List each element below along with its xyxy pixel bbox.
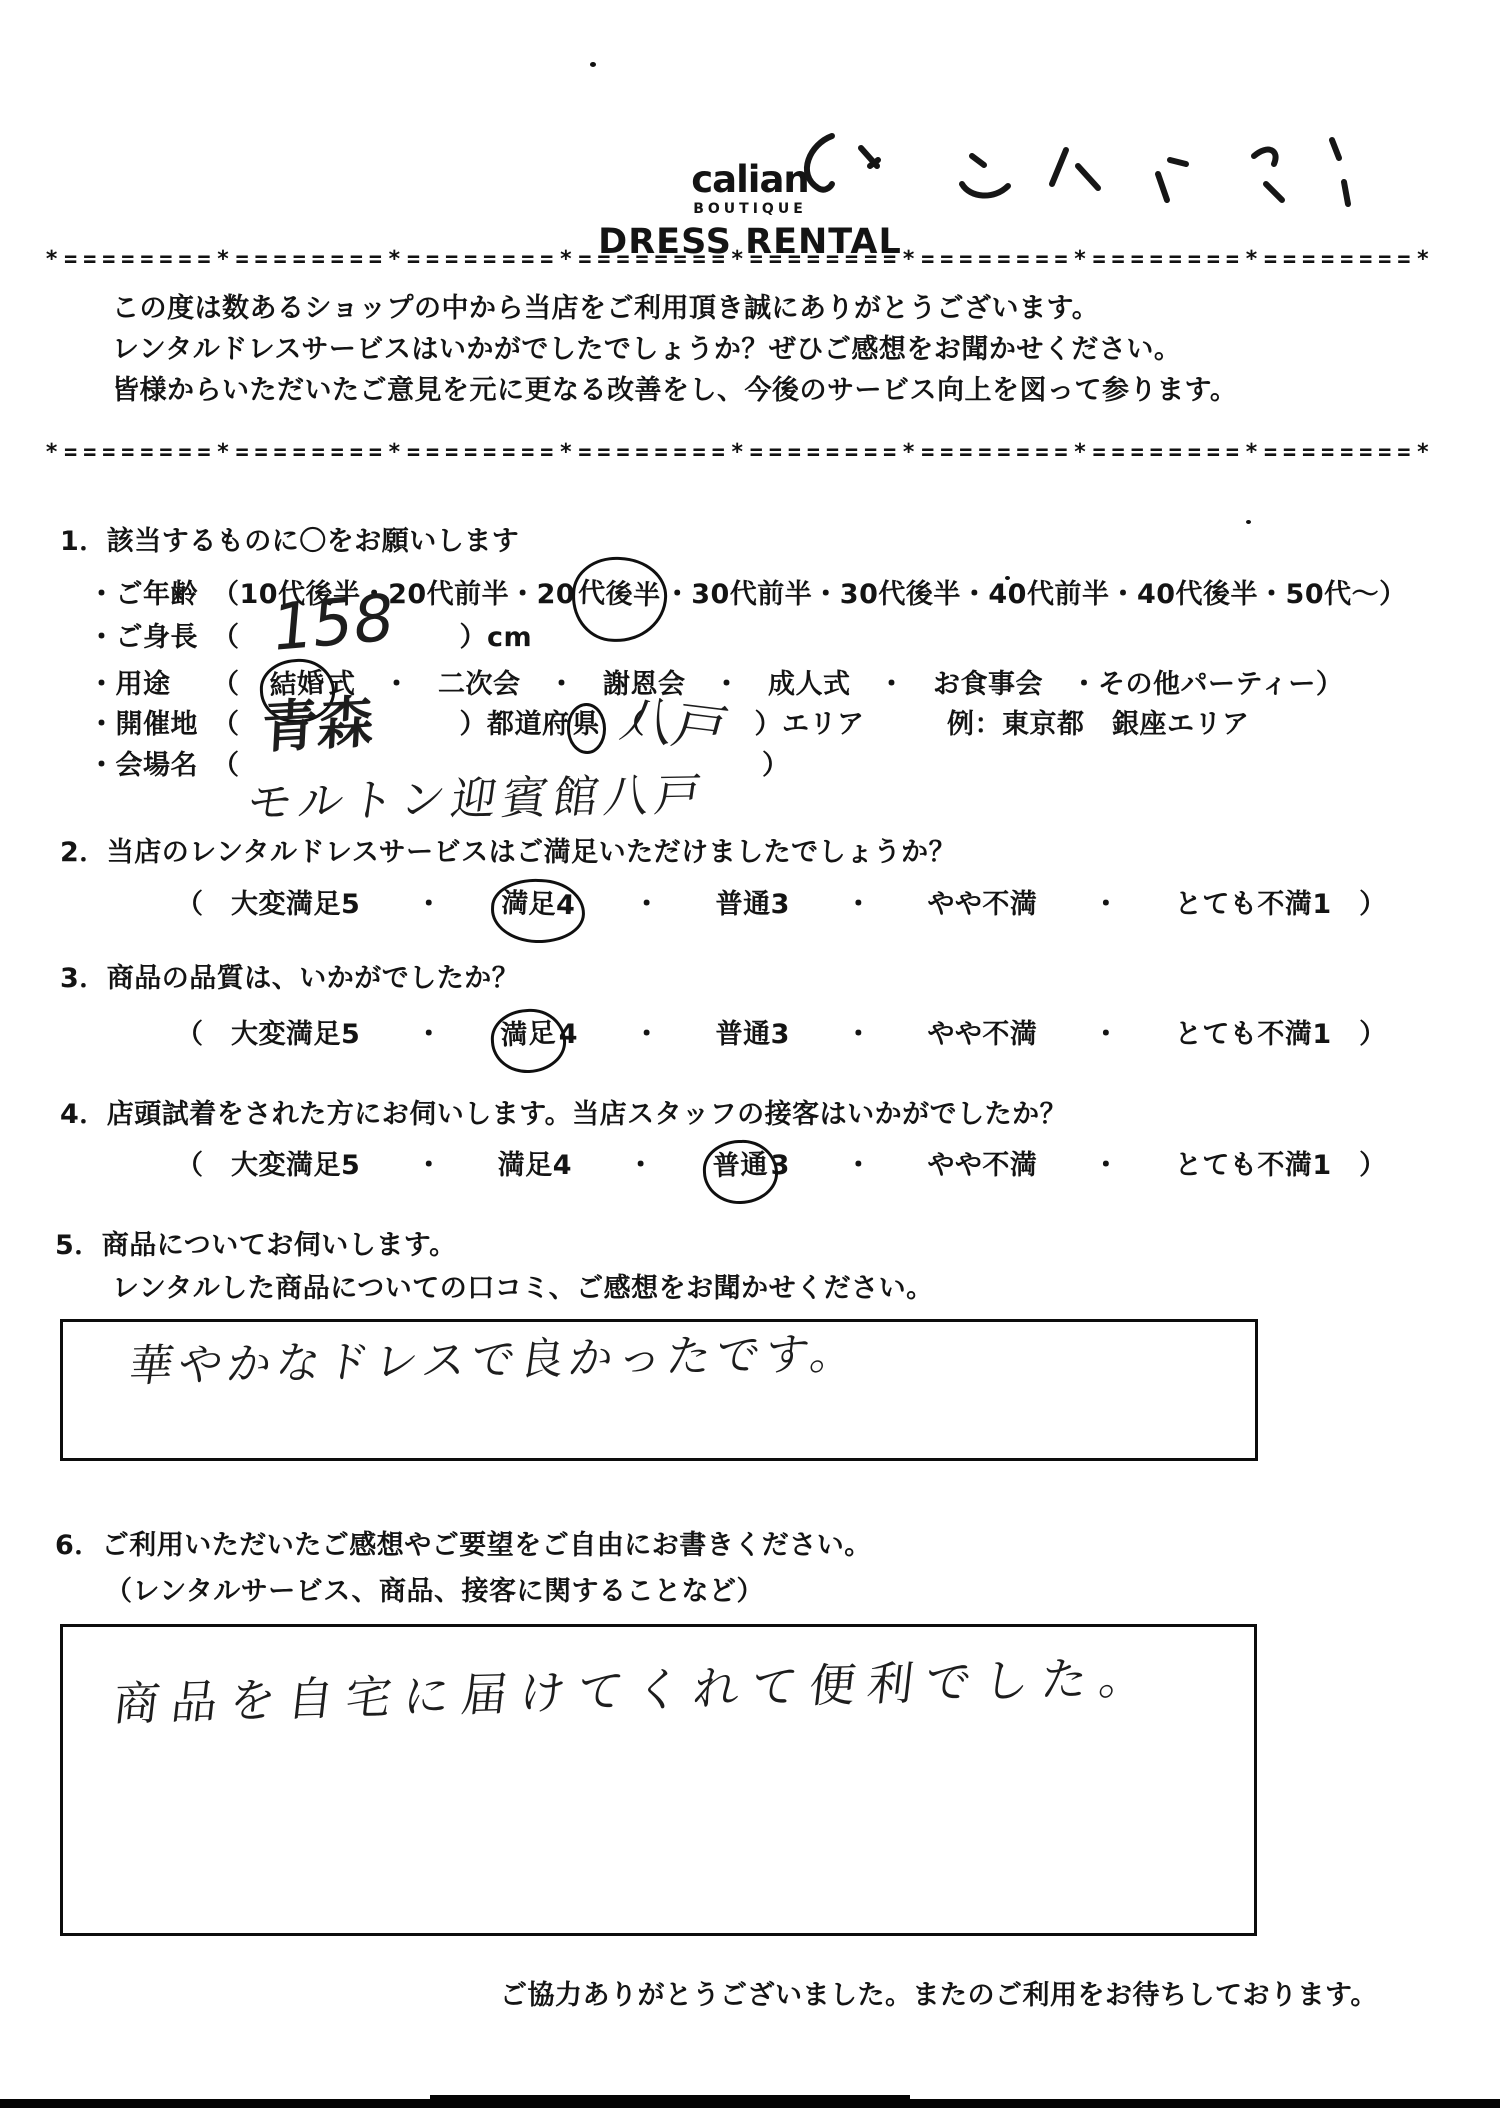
q3-options-row: （ 大変満足5 ・ 満足4 ・ 普通3 ・ やや不満 ・ とても不満1 ）	[176, 1014, 1387, 1056]
q1-height-handwritten-value: 158	[269, 581, 397, 667]
intro-line-1: この度は数あるショップの中から当店をご利用頂き誠にありがとうございます。	[112, 288, 1237, 329]
q1-age-circled-answer: 代後半	[571, 555, 668, 643]
q5-sub-label: レンタルした商品についての口コミ、ご感想をお聞かせください。	[112, 1271, 934, 1307]
q2-heading: 2．当店のレンタルドレスサービスはご満足いただけましたでしょうか？	[60, 835, 956, 871]
q2-circled-answer: 満足4	[490, 877, 586, 944]
q3-options-pre: （ 大変満足5 ・	[176, 1019, 498, 1050]
scan-speck	[1246, 520, 1251, 524]
q1-hall-handwritten-value: モルトン迎賓館八戸	[243, 758, 711, 831]
q2-options-post: ・ 普通3 ・ やや不満 ・ とても不満1 ）	[578, 889, 1387, 920]
intro-paragraph: この度は数あるショップの中から当店をご利用頂き誠にありがとうございます。 レンタ…	[112, 288, 1237, 411]
intro-line-2: レンタルドレスサービスはいかがでしたでしょうか？ぜひご感想をお聞かせください。	[112, 329, 1237, 370]
q3-options-post: 4 ・ 普通3 ・ やや不満 ・ とても不満1 ）	[559, 1019, 1387, 1050]
scan-edge-bar-smudge	[430, 2095, 910, 2100]
q3-heading: 3．商品の品質は、いかがでしたか？	[60, 961, 519, 997]
q4-circled-answer: 普通	[701, 1139, 778, 1206]
scan-speck	[1005, 576, 1010, 580]
handwritten-scribble	[766, 122, 1356, 227]
divider-line-bottom: *========*========*========*========*===…	[45, 440, 1445, 465]
q3-circled-answer: 満足	[489, 1007, 567, 1075]
q4-options-row: （ 大変満足5 ・ 満足4 ・ 普通3 ・ やや不満 ・ とても不満1 ）	[176, 1145, 1387, 1187]
q4-heading: 4．店頭試着をされた方にお伺いします。当店スタッフの接客はいかがでしたか？	[60, 1097, 1067, 1133]
scan-edge-bar	[0, 2099, 1500, 2108]
q6-sub-label: （レンタルサービス、商品、接客に関することなど）	[105, 1574, 764, 1610]
q1-age-post: ・30代前半・30代後半・40代前半・40代後半・50代～）	[664, 579, 1407, 610]
intro-line-3: 皆様からいただいたご意見を元に更なる改善をし、今後のサービス向上を図って参ります…	[112, 370, 1237, 411]
q6-heading: 6．ご利用いただいたご感想やご要望をご自由にお書きください。	[55, 1528, 872, 1564]
footer-thanks: ご協力ありがとうございました。またのご利用をお待ちしております。	[500, 1978, 1378, 2014]
scan-speck	[590, 62, 596, 67]
q4-options-post: 3 ・ やや不満 ・ とても不満1 ）	[771, 1150, 1387, 1181]
q5-heading: 5．商品についてお伺いします。	[55, 1228, 457, 1264]
q1-place-circled-answer: 県	[567, 703, 607, 754]
divider-line-top: *========*========*========*========*===…	[45, 247, 1445, 272]
q2-options-pre: （ 大変満足5 ・	[176, 889, 498, 920]
q4-options-pre: （ 大変満足5 ・ 満足4 ・	[176, 1150, 710, 1181]
q2-options-row: （ 大変満足5 ・ 満足4 ・ 普通3 ・ やや不満 ・ とても不満1 ）	[176, 884, 1387, 926]
q1-heading: 1．該当するものに〇をお願いします	[60, 524, 519, 560]
scanned-feedback-form: calian BOUTIQUE DRESS RENTAL *========*=…	[0, 0, 1500, 2127]
q1-use-pre: ・用途 （	[88, 669, 267, 700]
q1-use-post: 式 ・ 二次会 ・ 謝恩会 ・ 成人式 ・ お食事会 ・その他パーティー）	[328, 669, 1343, 700]
q5-handwritten-answer: 華やかなドレスで良かったです。	[125, 1317, 864, 1394]
